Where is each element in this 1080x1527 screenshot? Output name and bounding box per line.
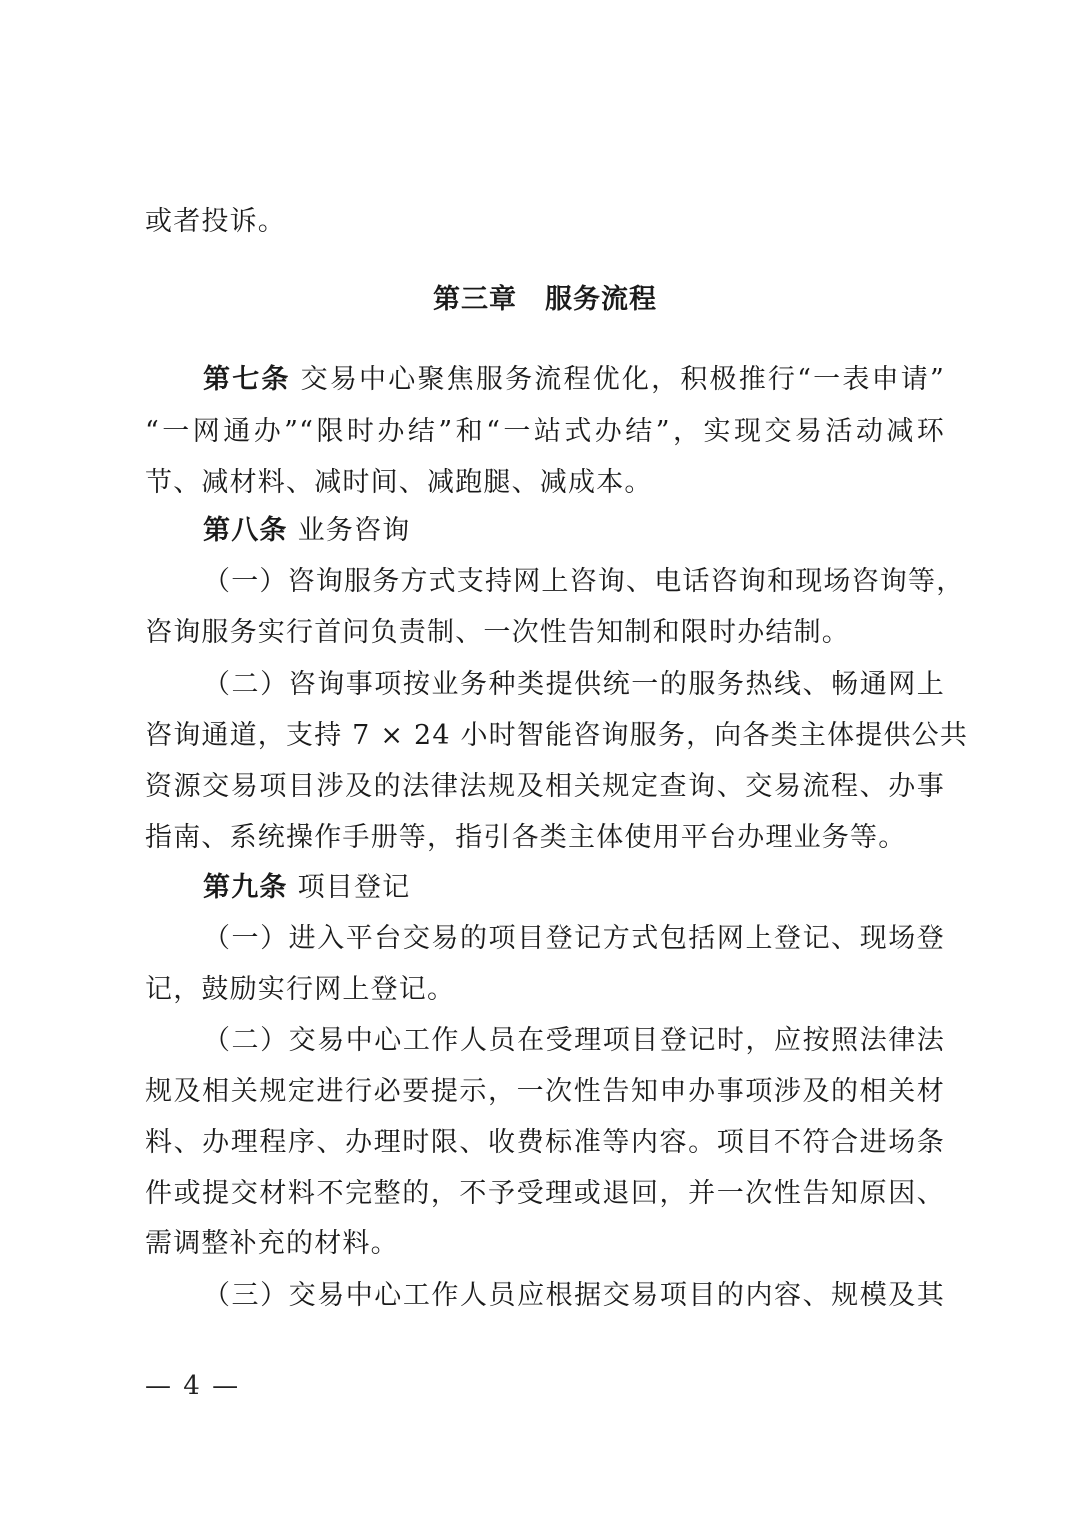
chapter-heading: 第三章服务流程 — [145, 280, 945, 320]
article-number: 第七条 — [203, 364, 291, 395]
article-9-item-2-line-1: （二）交易中心工作人员在受理项目登记时，应按照法律法 — [145, 1021, 945, 1061]
article-heading: 业务咨询 — [298, 515, 411, 546]
article-9-item-1-line-2: 记，鼓励实行网上登记。 — [145, 970, 945, 1010]
article-7-line-2: “一网通办”“限时办结”和“一站式办结”，实现交易活动减环 — [145, 412, 945, 452]
article-9-item-2-line-5: 需调整补充的材料。 — [145, 1224, 945, 1264]
article-9-item-2-line-3: 料、办理程序、办理时限、收费标准等内容。项目不符合进场条 — [145, 1123, 945, 1163]
article-8-item-2-line-1: （二）咨询事项按业务种类提供统一的服务热线、畅通网上 — [145, 665, 945, 705]
article-9-item-2-line-2: 规及相关规定进行必要提示，一次性告知申办事项涉及的相关材 — [145, 1072, 945, 1112]
article-8-item-2-line-4: 指南、系统操作手册等，指引各类主体使用平台办理业务等。 — [145, 818, 945, 858]
article-8-item-2-line-2: 咨询通道，支持 7 × 24 小时智能咨询服务，向各类主体提供公共 — [145, 716, 945, 756]
article-number: 第九条 — [203, 872, 288, 903]
article-7-line-1: 第七条交易中心聚焦服务流程优化，积极推行“一表申请” — [145, 360, 945, 400]
article-8-item-1-line-1: （一）咨询服务方式支持网上咨询、电话咨询和现场咨询等， — [145, 562, 945, 602]
paragraph-continuation: 或者投诉。 — [145, 202, 945, 242]
article-9-heading: 第九条项目登记 — [145, 868, 945, 908]
article-number: 第八条 — [203, 515, 288, 546]
article-7-line-3: 节、减材料、减时间、减跑腿、减成本。 — [145, 463, 945, 503]
page-number: — 4 — — [145, 1368, 240, 1404]
article-8-heading: 第八条业务咨询 — [145, 511, 945, 551]
article-8-item-1-line-2: 咨询服务实行首问负责制、一次性告知制和限时办结制。 — [145, 613, 945, 653]
chapter-title: 服务流程 — [545, 284, 657, 315]
article-9-item-3-line-1: （三）交易中心工作人员应根据交易项目的内容、规模及其 — [145, 1276, 945, 1316]
article-9-item-2-line-4: 件或提交材料不完整的，不予受理或退回，并一次性告知原因、 — [145, 1174, 945, 1214]
chapter-number: 第三章 — [433, 284, 517, 315]
article-9-item-1-line-1: （一）进入平台交易的项目登记方式包括网上登记、现场登 — [145, 919, 945, 959]
article-text: 交易中心聚焦服务流程优化，积极推行“一表申请” — [301, 364, 945, 395]
article-8-item-2-line-3: 资源交易项目涉及的法律法规及相关规定查询、交易流程、办事 — [145, 767, 945, 807]
article-heading: 项目登记 — [298, 872, 411, 903]
